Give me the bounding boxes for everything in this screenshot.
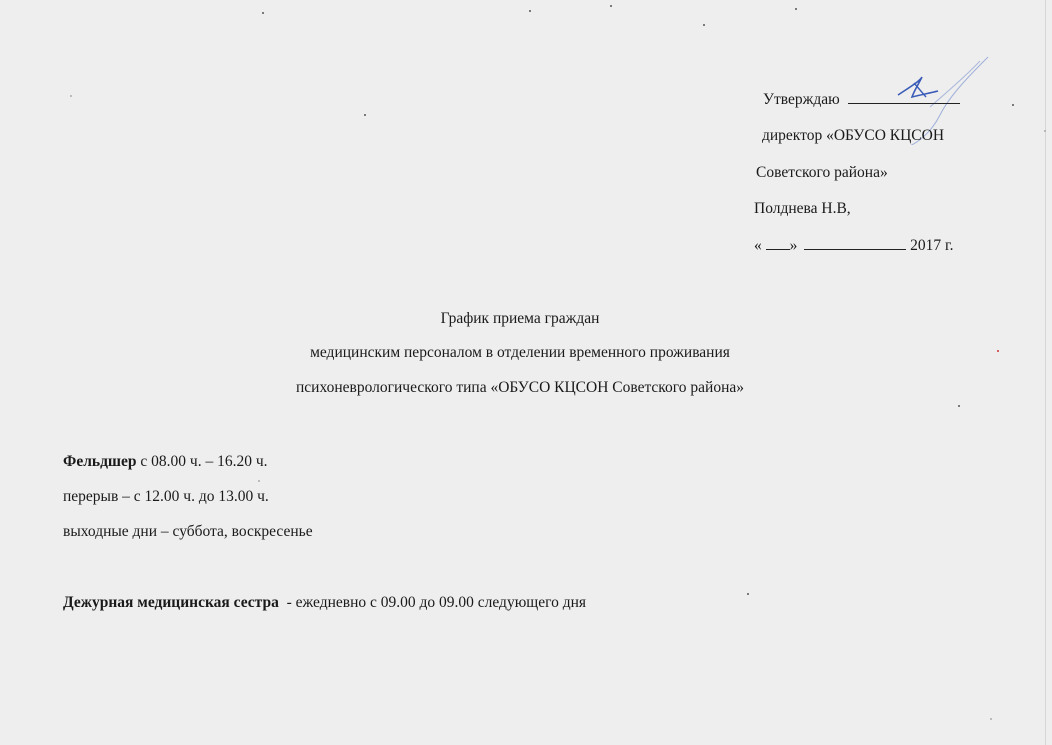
scan-speck <box>1044 130 1046 132</box>
scan-speck <box>70 95 72 97</box>
date-close-quote: » <box>790 237 798 254</box>
month-blank <box>804 236 906 250</box>
title-line-2: медицинским персоналом в отделении време… <box>0 344 1040 362</box>
approve-label: Утверждаю <box>763 91 840 108</box>
scan-speck <box>258 480 260 482</box>
paramedic-hours: Фельдшер с 08.00 ч. – 16.20 ч. <box>63 453 268 471</box>
nurse-hours: Дежурная медицинская сестра - ежедневно … <box>63 594 586 612</box>
title-line-3: психоневрологического типа «ОБУСО КЦСОН … <box>0 379 1040 397</box>
day-blank <box>766 236 790 250</box>
approver-name: Полднева Н.В, <box>754 200 851 218</box>
scan-speck <box>990 718 992 720</box>
nurse-role: Дежурная медицинская сестра <box>63 594 279 611</box>
nurse-hours-text: - ежедневно с 09.00 до 09.00 следующего … <box>279 594 586 611</box>
scan-speck <box>262 12 264 14</box>
approval-date: « » 2017 г. <box>754 236 953 255</box>
scan-speck <box>529 10 531 12</box>
scan-speck <box>747 593 749 595</box>
approver-organization: Советского района» <box>756 164 888 182</box>
scan-speck <box>795 8 797 10</box>
approval-line: Утверждаю <box>763 90 960 109</box>
scan-speck <box>703 24 705 26</box>
approver-position: директор «ОБУСО КЦСОН <box>762 127 944 145</box>
paramedic-break: перерыв – с 12.00 ч. до 13.00 ч. <box>63 488 269 506</box>
date-open-quote: « <box>754 237 762 254</box>
paramedic-role: Фельдшер <box>63 453 137 470</box>
paramedic-days-off: выходные дни – суббота, воскресенье <box>63 523 313 541</box>
scan-speck <box>364 114 366 116</box>
paramedic-hours-text: с 08.00 ч. – 16.20 ч. <box>137 453 268 470</box>
scan-speck <box>610 5 612 7</box>
approval-year: 2017 г. <box>910 237 953 254</box>
page-edge <box>1045 0 1046 745</box>
scan-speck <box>958 405 960 407</box>
title-line-1: График приема граждан <box>0 310 1040 328</box>
scan-speck <box>1012 104 1014 106</box>
signature-blank <box>848 90 960 104</box>
